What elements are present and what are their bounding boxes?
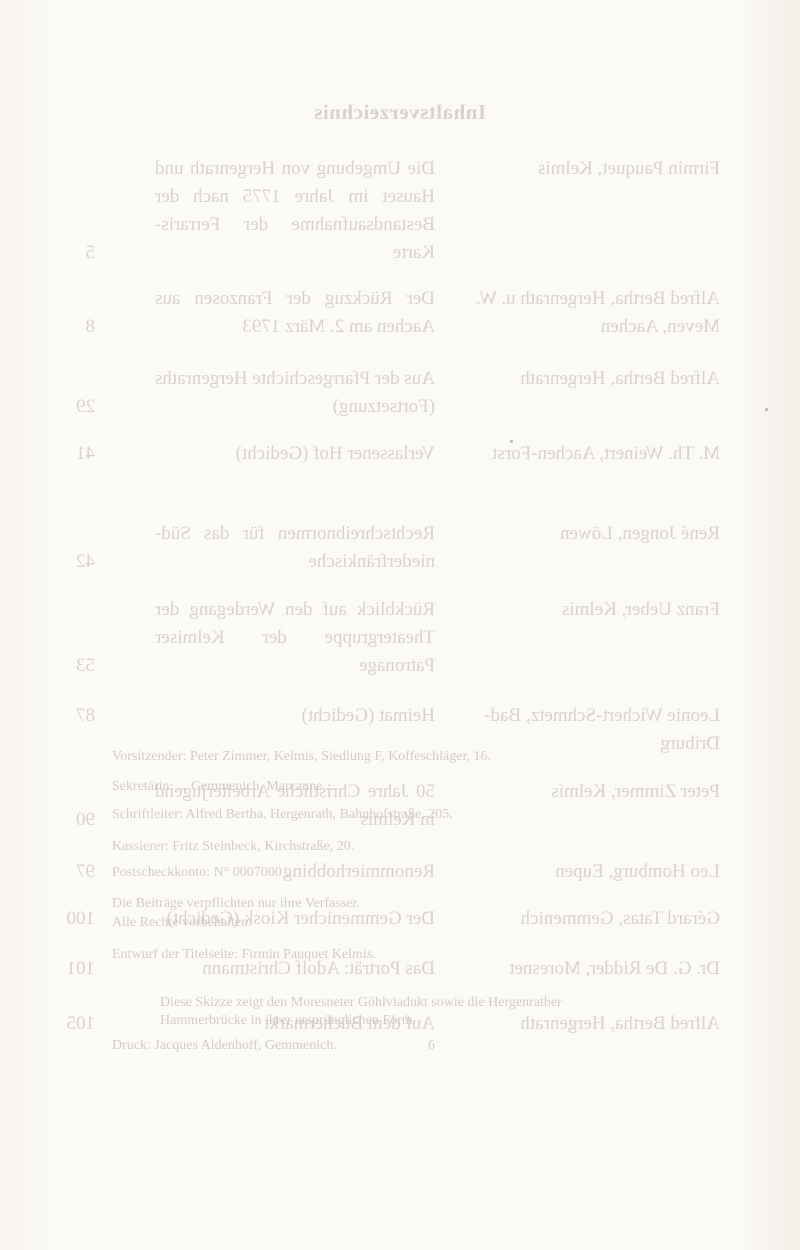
toc-title: Der Rückzug der Franzosen aus Aachen am … (155, 285, 435, 341)
imprint-printer: Druck: Jacques Aldenhoff, Gemmenich. (112, 1035, 337, 1057)
toc-title: Rechtschreibnormen für das Süd-niederfrä… (155, 520, 435, 576)
imprint-cover: Entwurf der Titelseite: Firmin Pauquet K… (112, 944, 376, 966)
toc-author: Alfred Bertha, Hergenrath u. W. Meven, A… (450, 285, 720, 341)
imprint-cover-desc-2: Hammerbrücke in ihrer ursprünglichen For… (160, 1010, 416, 1032)
imprint-rights: Alle Rechte vorbehalten. (112, 912, 252, 934)
toc-title: Rückblick auf den Werdegang der Theaterg… (155, 596, 435, 680)
toc-title: Aus der Pfarrgeschichte Hergenraths (For… (155, 365, 435, 421)
scan-speck (510, 440, 513, 443)
toc-heading: Inhaltsverzeichnis (0, 100, 800, 125)
toc-page: 100 (55, 905, 95, 933)
toc-page: 105 (55, 1010, 95, 1038)
imprint-treasurer: Kassierer: Fritz Steinbeck, Kirchstraße,… (112, 836, 354, 858)
toc-title: Heimat (Gedicht) (155, 702, 435, 730)
toc-author: Leo Homburg, Eupen (450, 858, 720, 886)
toc-author: Alfred Bertha, Hergenrath (450, 1010, 720, 1038)
imprint-account: Postscheckkonto: N° 0007000 ... (112, 862, 296, 884)
toc-page: 90 (55, 806, 95, 834)
toc-page: 5 (55, 239, 95, 267)
toc-page: 41 (55, 440, 95, 468)
toc-author: Firmin Pauquet, Kelmis (450, 155, 720, 183)
imprint-secretary: Sekretärin: ... Gemmenich, Marcanne ... (112, 776, 336, 798)
toc-title: Verlassener Hof (Gedicht) (155, 440, 435, 468)
toc-page: 53 (55, 652, 95, 680)
toc-author: Alfred Bertha, Hergenrath (450, 365, 720, 393)
scanned-page: Inhaltsverzeichnis Firmin Pauquet, Kelmi… (0, 0, 800, 1250)
toc-page: 42 (55, 548, 95, 576)
toc-title: Die Umgebung von Hergenrath und Hauset i… (155, 155, 435, 267)
toc-author: Dr. G. De Ridder, Moresnet (450, 955, 720, 983)
toc-page: 8 (55, 313, 95, 341)
toc-page: 87 (55, 702, 95, 730)
page-marker: 6 (428, 1035, 435, 1057)
show-through-contents: Inhaltsverzeichnis Firmin Pauquet, Kelmi… (0, 0, 800, 1250)
toc-author: Franz Ueber, Kelmis (450, 596, 720, 624)
toc-author: Gérard Tatas, Gemmenich (450, 905, 720, 933)
toc-page: 101 (55, 955, 95, 983)
imprint-editor: Schriftleiter: Alfred Bertha, Hergenrath… (112, 804, 453, 826)
scan-speck (765, 408, 768, 411)
toc-author: René Jongen, Löwen (450, 520, 720, 548)
imprint-chairman: Vorsitzender: Peter Zimmer, Kelmis, Sied… (112, 746, 491, 768)
toc-author: M. Th. Weinert, Aachen-Forst (450, 440, 720, 468)
toc-page: 97 (55, 858, 95, 886)
toc-page: 29 (55, 393, 95, 421)
toc-author: Peter Zimmer, Kelmis (450, 778, 720, 806)
